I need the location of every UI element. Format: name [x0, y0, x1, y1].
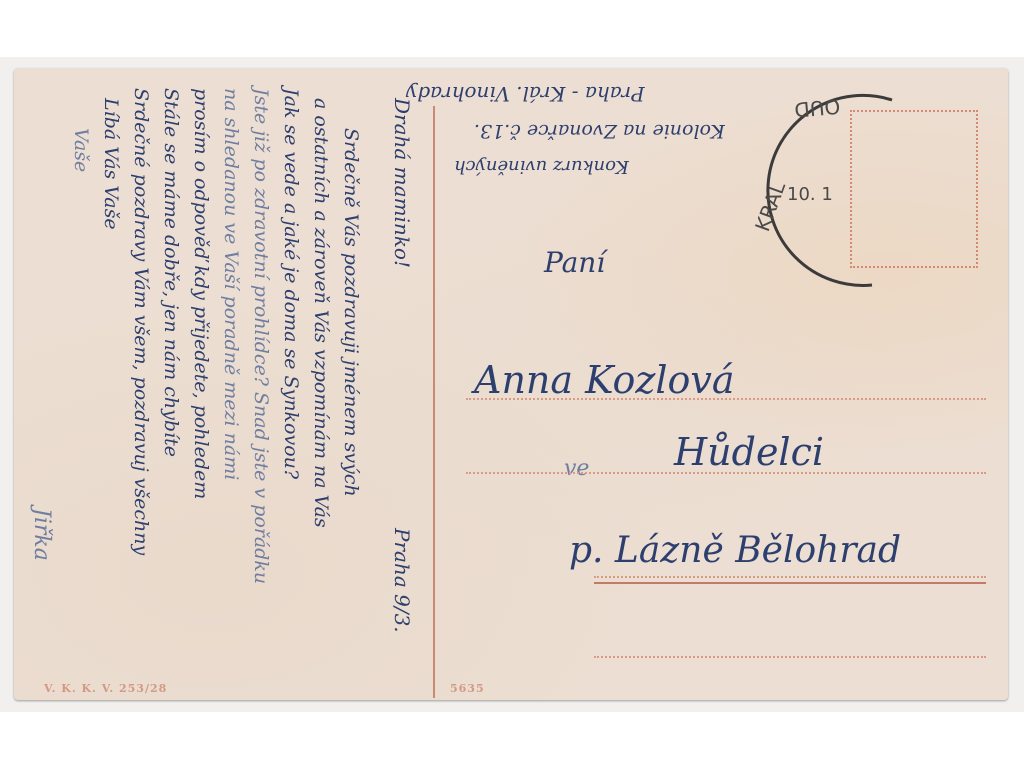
message-line: Jak se vede a jaké je doma se Synkovou?: [280, 88, 302, 479]
sender-note-line-3: Konkurz uviněných: [454, 156, 629, 177]
address-line-2: [466, 472, 986, 474]
address-line-4: [594, 656, 986, 658]
message-place-date: Praha 9/3.: [390, 528, 414, 633]
sender-note-line-1: Praha - Král. Vinohrady: [406, 82, 645, 106]
svg-text:OUD: OUD: [793, 94, 841, 122]
message-line: Stále se máme dobře, jen nám chybíte: [160, 88, 182, 457]
message-line: Jste již po zdravotní prohlídce? Snad js…: [250, 88, 272, 584]
message-line: a ostatních a zároveň Vás vzpomínám na V…: [310, 98, 332, 528]
svg-text:KRAL: KRAL: [750, 178, 790, 235]
message-signature: Jiřka: [29, 508, 54, 561]
postmark-cancellation-icon: OUD KRAL 10. 1: [732, 80, 912, 290]
address-name: Anna Kozlová: [474, 358, 735, 402]
sender-note-line-2: Kolonie na Zvonařce č.13.: [474, 120, 725, 142]
message-line: prosím o odpověď kdy přijedete, pohledem: [190, 88, 212, 499]
address-prefix: ve: [564, 456, 589, 481]
address-post-line: p. Lázně Bělohrad: [569, 530, 901, 571]
address-underline: [594, 582, 986, 584]
printed-divider-line: [433, 106, 435, 698]
message-greeting: Drahá maminko!: [390, 98, 414, 268]
message-closing: Líbá Vás Vaše: [100, 98, 122, 230]
address-place: Hůdelci: [674, 430, 824, 474]
message-line: Vaše: [70, 128, 92, 172]
address-line-1: [466, 398, 986, 400]
address-salutation: Paní: [544, 246, 605, 279]
publisher-code: V. K. K. V. 253/28: [44, 682, 167, 695]
message-line: Srdečné pozdravy Vám všem, pozdravuj vše…: [130, 88, 152, 555]
svg-text:10. 1: 10. 1: [787, 184, 833, 205]
message-line: na shledanou ve Vaší poradně mezi námi: [220, 88, 242, 480]
message-line: Srdečně Vás pozdravuji jménem svých: [340, 128, 362, 497]
postcard: OUD KRAL 10. 1 Praha - Král. Vinohrady K…: [14, 68, 1008, 700]
address-line-3: [594, 576, 986, 578]
card-number: 5635: [450, 682, 485, 695]
